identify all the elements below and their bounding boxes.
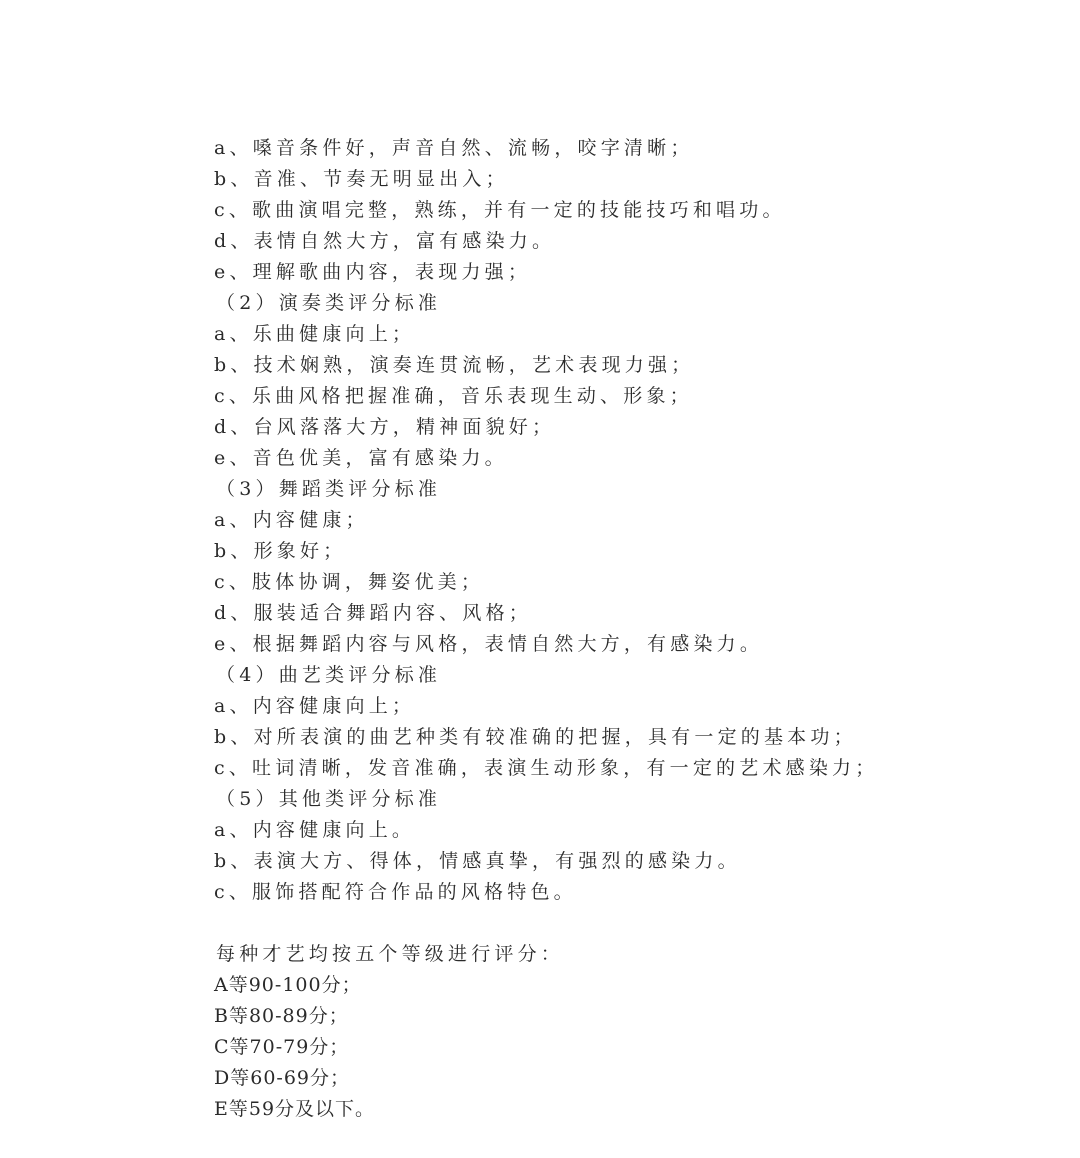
criterion-item: e、理解歌曲内容，表现力强； — [214, 257, 1034, 288]
section-dance: （3）舞蹈类评分标准 a、内容健康； b、形象好； c、肢体协调，舞姿优美； d… — [214, 474, 1034, 660]
criterion-item: b、对所表演的曲艺种类有较准确的把握，具有一定的基本功； — [214, 722, 1034, 753]
grade-level-a: A等90-100分； — [214, 970, 1034, 1001]
criterion-item: e、音色优美，富有感染力。 — [214, 443, 1034, 474]
criterion-item: a、内容健康； — [214, 505, 1034, 536]
section-heading: （2）演奏类评分标准 — [214, 288, 1034, 319]
section-heading: （3）舞蹈类评分标准 — [214, 474, 1034, 505]
criterion-item: a、嗓音条件好，声音自然、流畅，咬字清晰； — [214, 133, 1034, 164]
criterion-item: a、内容健康向上。 — [214, 815, 1034, 846]
section-heading: （5）其他类评分标准 — [214, 784, 1034, 815]
criterion-item: a、内容健康向上； — [214, 691, 1034, 722]
section-instrumental: （2）演奏类评分标准 a、乐曲健康向上； b、技术娴熟，演奏连贯流畅，艺术表现力… — [214, 288, 1034, 474]
section-other: （5）其他类评分标准 a、内容健康向上。 b、表演大方、得体，情感真挚，有强烈的… — [214, 784, 1034, 908]
grade-level-d: D等60-69分； — [214, 1063, 1034, 1094]
document-page: a、嗓音条件好，声音自然、流畅，咬字清晰； b、音准、节奏无明显出入； c、歌曲… — [214, 133, 1034, 1125]
grading-section: 每种才艺均按五个等级进行评分： A等90-100分； B等80-89分； C等7… — [214, 939, 1034, 1125]
criterion-item: b、形象好； — [214, 536, 1034, 567]
criterion-item: e、根据舞蹈内容与风格，表情自然大方，有感染力。 — [214, 629, 1034, 660]
criterion-item: c、歌曲演唱完整，熟练，并有一定的技能技巧和唱功。 — [214, 195, 1034, 226]
criterion-item: b、技术娴熟，演奏连贯流畅，艺术表现力强； — [214, 350, 1034, 381]
section-vocal: a、嗓音条件好，声音自然、流畅，咬字清晰； b、音准、节奏无明显出入； c、歌曲… — [214, 133, 1034, 288]
criterion-item: d、台风落落大方，精神面貌好； — [214, 412, 1034, 443]
grade-level-b: B等80-89分； — [214, 1001, 1034, 1032]
criterion-item: c、乐曲风格把握准确，音乐表现生动、形象； — [214, 381, 1034, 412]
criterion-item: a、乐曲健康向上； — [214, 319, 1034, 350]
grading-intro: 每种才艺均按五个等级进行评分： — [214, 939, 1034, 970]
criterion-item: c、服饰搭配符合作品的风格特色。 — [214, 877, 1034, 908]
grade-level-c: C等70-79分； — [214, 1032, 1034, 1063]
grade-level-e: E等59分及以下。 — [214, 1094, 1034, 1125]
criterion-item: b、音准、节奏无明显出入； — [214, 164, 1034, 195]
criterion-item: c、吐词清晰，发音准确，表演生动形象，有一定的艺术感染力； — [214, 753, 1034, 784]
criterion-item: d、服装适合舞蹈内容、风格； — [214, 598, 1034, 629]
section-quyi: （4）曲艺类评分标准 a、内容健康向上； b、对所表演的曲艺种类有较准确的把握，… — [214, 660, 1034, 784]
criterion-item: d、表情自然大方，富有感染力。 — [214, 226, 1034, 257]
section-heading: （4）曲艺类评分标准 — [214, 660, 1034, 691]
criterion-item: b、表演大方、得体，情感真挚，有强烈的感染力。 — [214, 846, 1034, 877]
paragraph-gap — [214, 908, 1034, 939]
criterion-item: c、肢体协调，舞姿优美； — [214, 567, 1034, 598]
